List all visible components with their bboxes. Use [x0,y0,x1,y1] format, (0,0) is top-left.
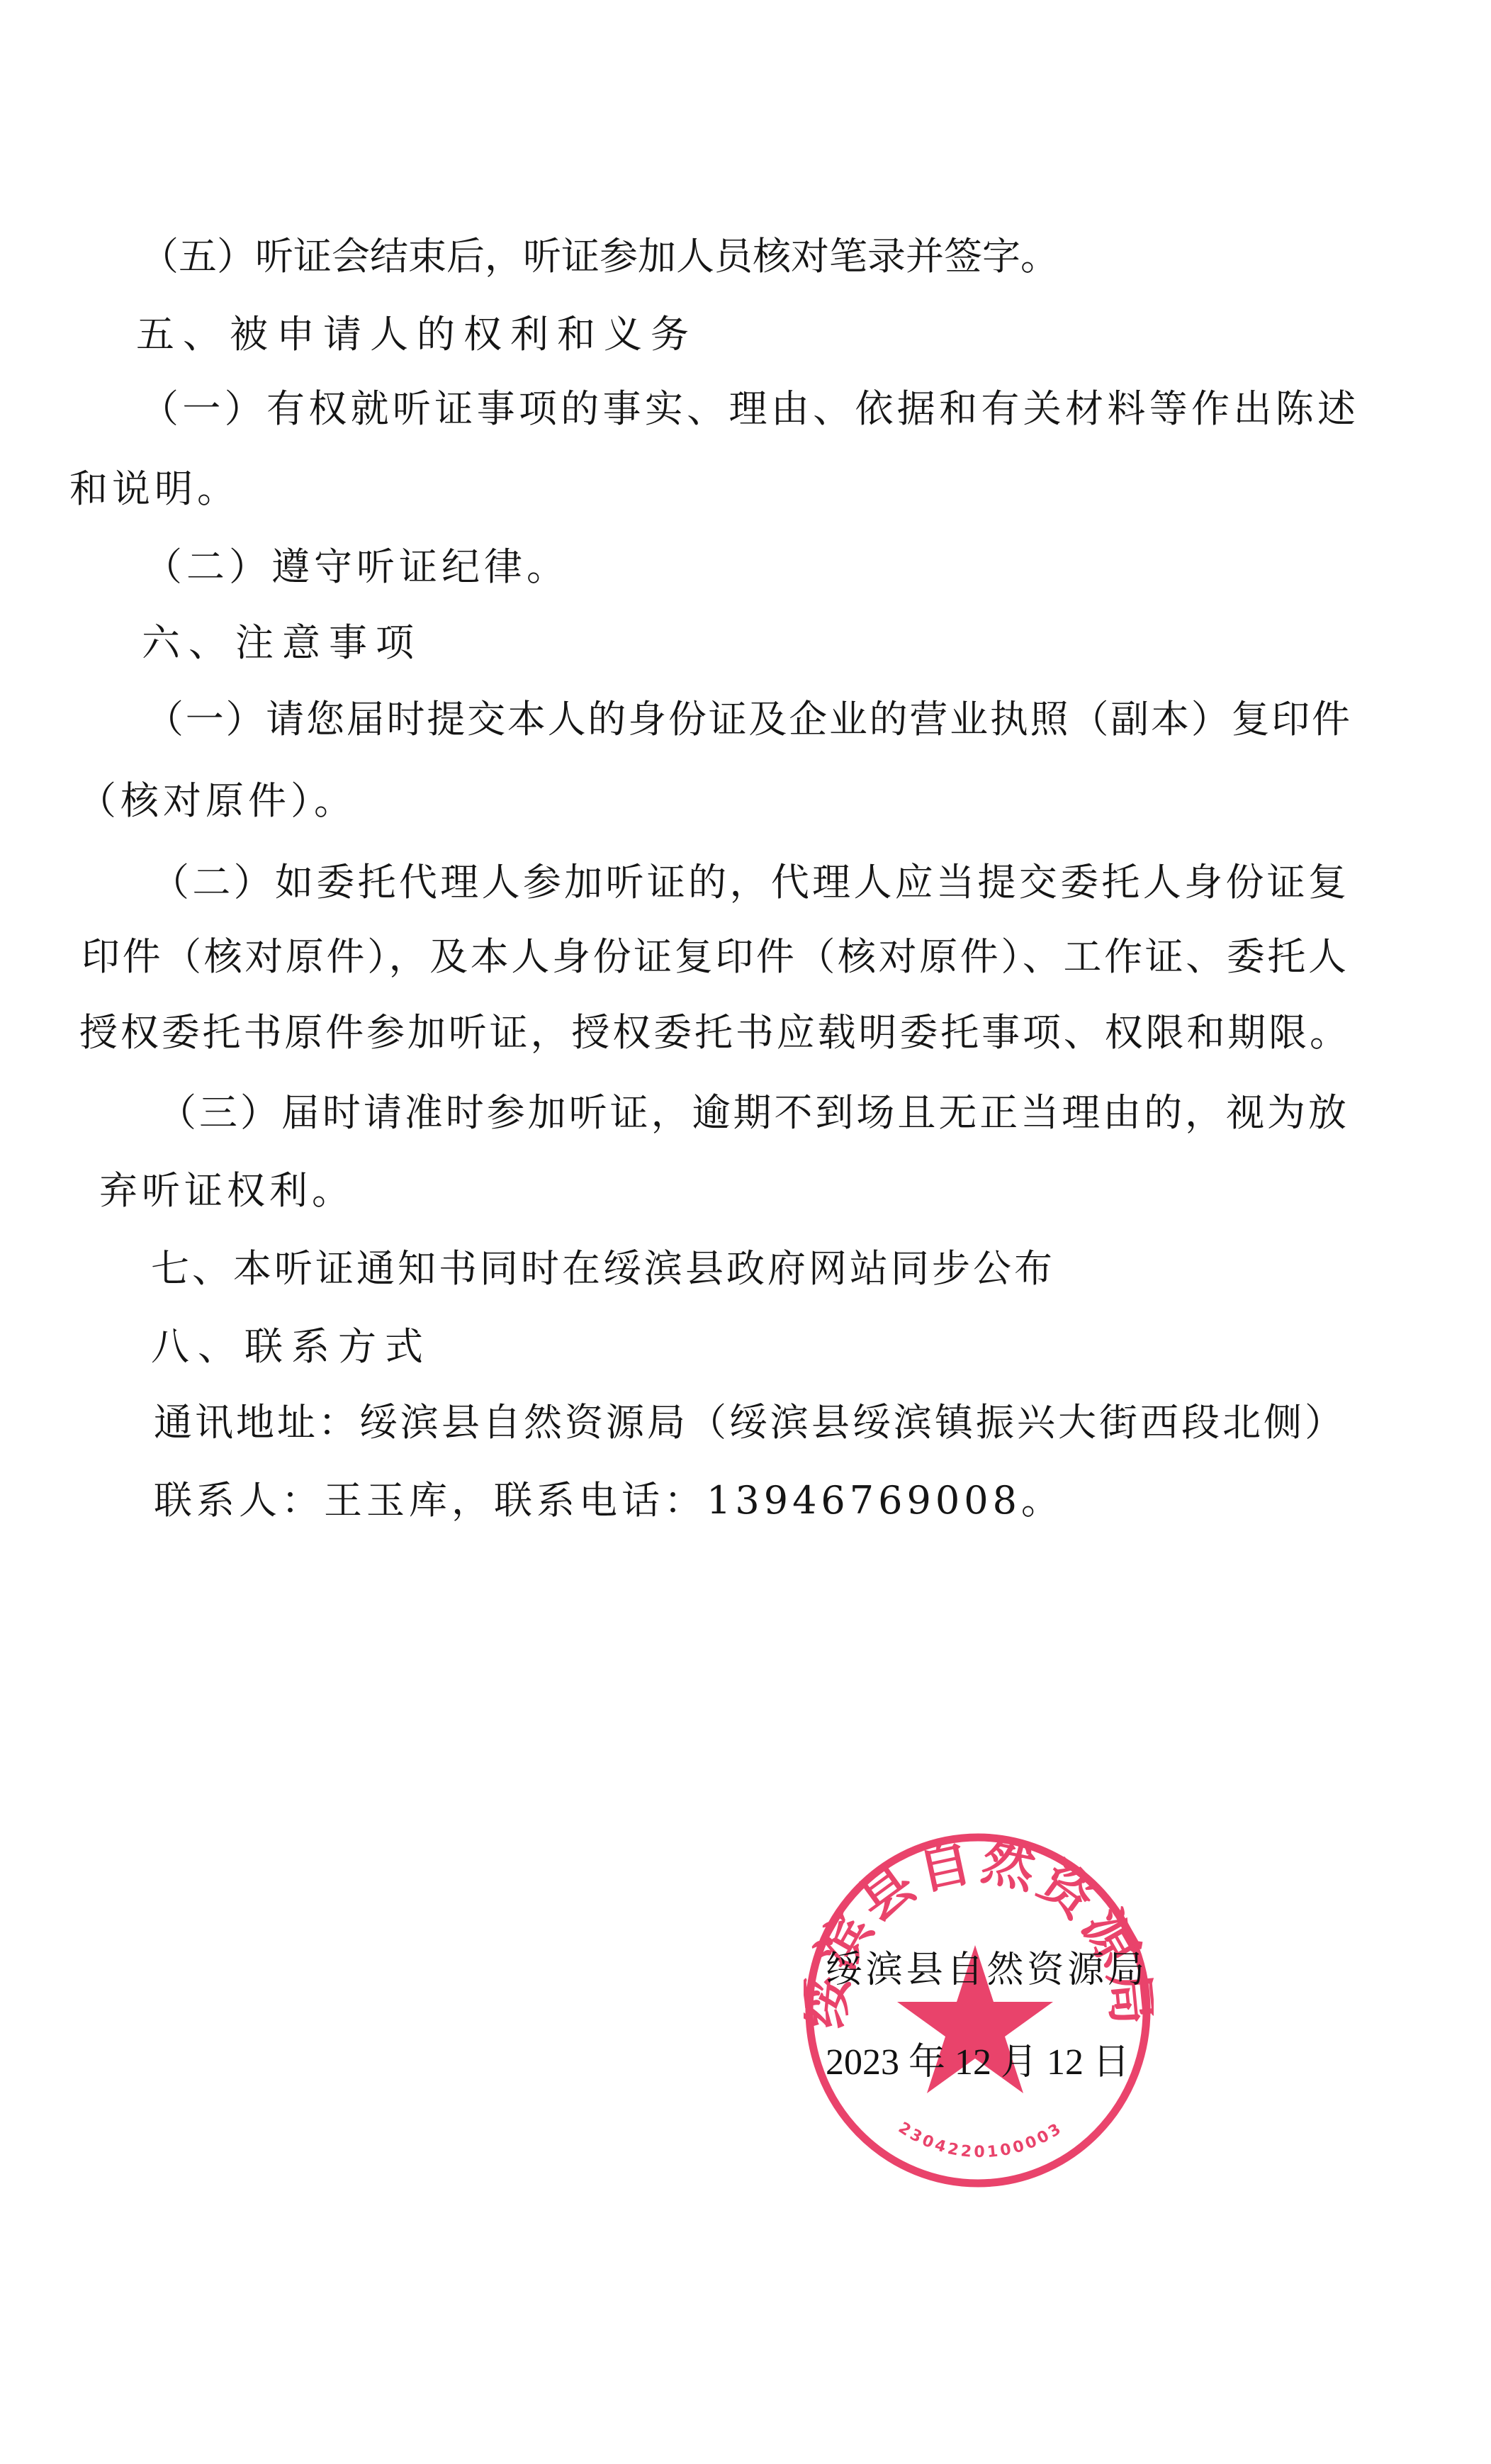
section-heading: 八、联系方式 [151,1322,432,1372]
section-heading: 五、被申请人的权利和义务 [136,310,697,359]
paragraph-line: （三）届时请准时参加听证，逾期不到场且无正当理由的，视为放 [158,1088,1346,1138]
paragraph-line: 授权委托书原件参加听证，授权委托书应载明委托事项、权限和期限。 [79,1008,1348,1058]
official-seal: 绥滨县自然资源局 2304220100003 [804,1833,1154,2188]
document-page: （五）听证会结束后，听证参加人员核对笔录并签字。 五、被申请人的权利和义务 （一… [0,0,1491,2464]
paragraph-line: （二）如委托代理人参加听证的，代理人应当提交委托人身份证复 [151,858,1346,907]
paragraph-line: （核对原件）。 [78,776,356,826]
seal-code: 2304220100003 [895,2119,1067,2161]
paragraph-line: 和说明。 [69,464,240,514]
paragraph-line: （二）遵守听证纪律。 [144,542,569,592]
paragraph-line: （一）有权就听证事项的事实、理由、依据和有关材料等作出陈述 [140,384,1356,434]
issue-date: 2023 年 12 月 12 日 [826,2040,1152,2085]
section-heading: 六、注意事项 [142,618,422,668]
contact-address: 通讯地址：绥滨县自然资源局（绥滨县绥滨镇振兴大街西段北侧） [154,1398,1346,1447]
section-heading: 七、本听证通知书同时在绥滨县政府网站同步公布 [151,1244,1055,1294]
paragraph-line: 弃听证权利。 [99,1166,354,1216]
seal-graphic: 绥滨县自然资源局 2304220100003 [804,1833,1154,2188]
svg-text:2304220100003: 2304220100003 [895,2119,1067,2161]
issuer-name: 绥滨县自然资源局 [826,1948,1144,1993]
paragraph-line: （五）听证会结束后，听证参加人员核对笔录并签字。 [140,232,1059,281]
contact-person-phone: 联系人：王玉库，联系电话：13946769008。 [154,1476,1064,1525]
paragraph-line: （一）请您届时提交本人的身份证及企业的营业执照（副本）复印件 [145,695,1350,744]
paragraph-line: 印件（核对原件），及本人身份证复印件（核对原件）、工作证、委托人 [81,932,1346,982]
